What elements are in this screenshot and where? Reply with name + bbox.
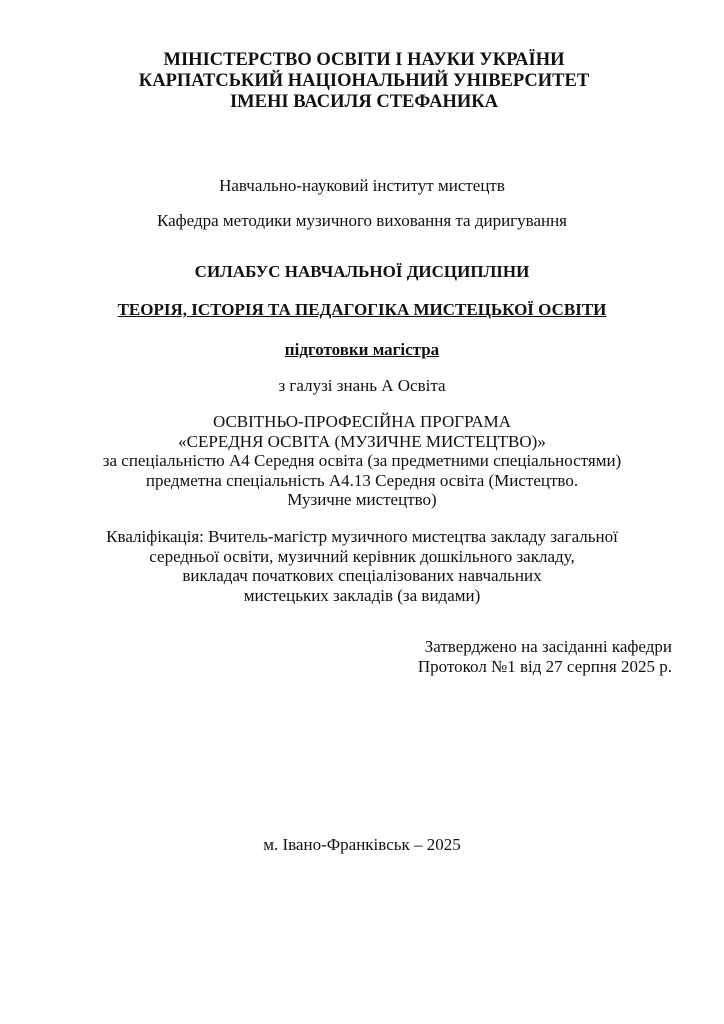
program-specialty: за спеціальністю А4 Середня освіта (за п… (0, 451, 724, 471)
program-subject-specialty-cont: Музичне мистецтво) (0, 490, 724, 510)
university-name: КАРПАТСЬКИЙ НАЦІОНАЛЬНИЙ УНІВЕРСИТЕТ (2, 71, 724, 92)
ministry-name: МІНІСТЕРСТВО ОСВІТИ І НАУКИ УКРАЇНИ (2, 50, 724, 71)
educational-program: ОСВІТНЬО-ПРОФЕСІЙНА ПРОГРАМА «СЕРЕДНЯ ОС… (0, 412, 724, 510)
program-subject-specialty: предметна спеціальність А4.13 Середня ос… (0, 471, 724, 491)
ministry-university-header: МІНІСТЕРСТВО ОСВІТИ І НАУКИ УКРАЇНИ КАРП… (2, 50, 724, 113)
discipline-title: ТЕОРІЯ, ІСТОРІЯ ТА ПЕДАГОГІКА МИСТЕЦЬКОЇ… (0, 300, 724, 320)
qualification-line: викладач початкових спеціалізованих навч… (0, 566, 724, 586)
document-page: МІНІСТЕРСТВО ОСВІТИ І НАУКИ УКРАЇНИ КАРП… (0, 0, 724, 1024)
syllabus-title: СИЛАБУС НАВЧАЛЬНОЇ ДИСЦИПЛІНИ (0, 262, 724, 282)
degree-level: підготовки магістра (0, 340, 724, 360)
program-name: «СЕРЕДНЯ ОСВІТА (МУЗИЧНЕ МИСТЕЦТВО)» (0, 432, 724, 452)
qualification-line: мистецьких закладів (за видами) (0, 586, 724, 606)
qualification-line: середньої освіти, музичний керівник дошк… (0, 547, 724, 567)
qualification-line: Кваліфікація: Вчитель-магістр музичного … (0, 527, 724, 547)
approval-protocol: Протокол №1 від 27 серпня 2025 р. (418, 657, 672, 677)
institute-name: Навчально-науковий інститут мистецтв (0, 176, 724, 196)
qualification: Кваліфікація: Вчитель-магістр музичного … (0, 527, 724, 605)
place-and-year: м. Івано-Франківськ – 2025 (0, 835, 724, 855)
approval-statement: Затверджено на засіданні кафедри (418, 637, 672, 657)
approval-note: Затверджено на засіданні кафедри Протоко… (418, 637, 672, 676)
university-name-cont: ІМЕНІ ВАСИЛЯ СТЕФАНИКА (2, 92, 724, 113)
department-name: Кафедра методики музичного виховання та … (0, 211, 724, 231)
field-of-knowledge: з галузі знань А Освіта (0, 376, 724, 396)
program-type: ОСВІТНЬО-ПРОФЕСІЙНА ПРОГРАМА (0, 412, 724, 432)
